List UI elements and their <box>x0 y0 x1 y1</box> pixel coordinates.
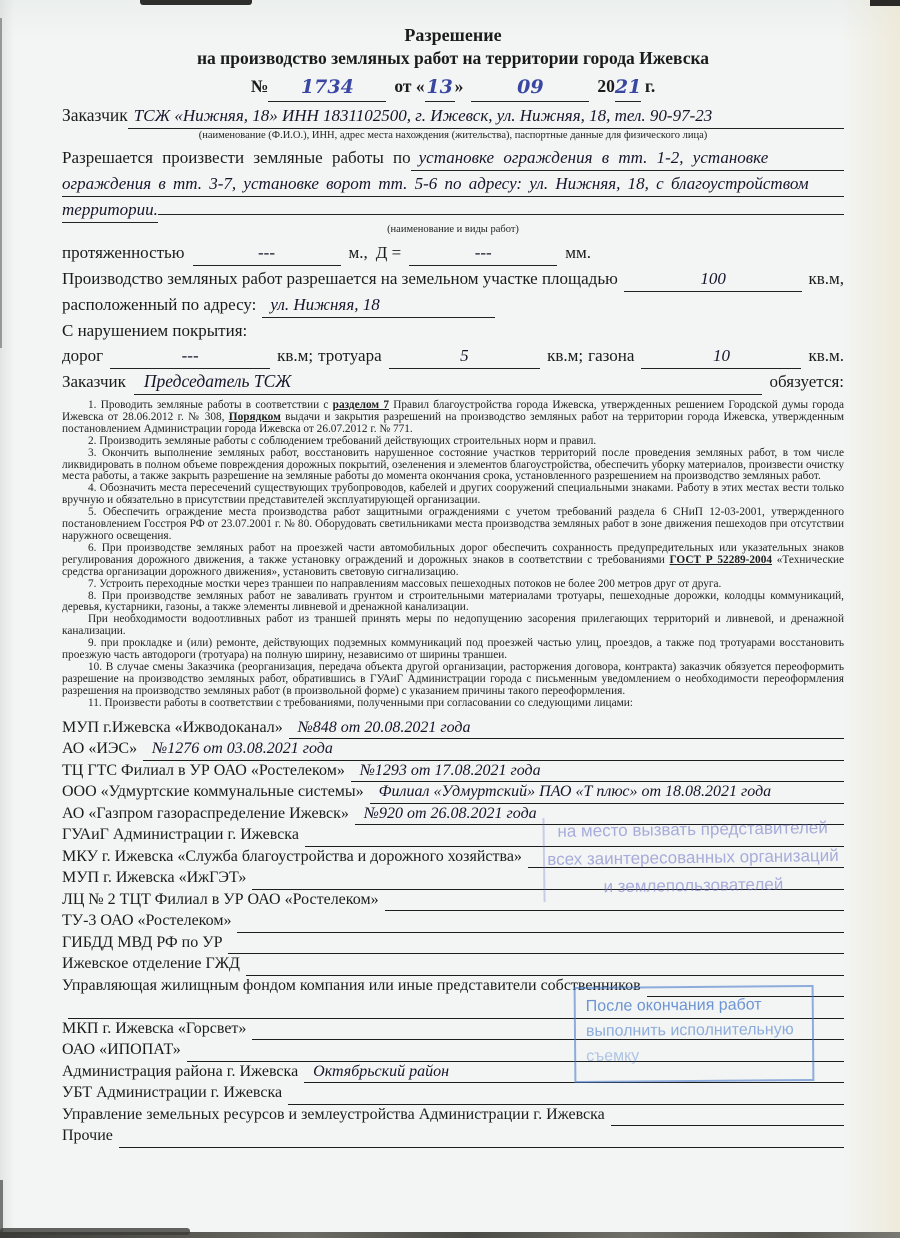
diameter-value: --- <box>409 240 557 266</box>
lawn-unit: кв.м. <box>808 343 844 368</box>
obligation-1: 1. Проводить земляные работы в соответст… <box>62 400 844 436</box>
agreement-value: №1276 от 03.08.2021 года <box>143 740 333 757</box>
agreement-fill-line <box>68 996 844 1019</box>
obligation-2: 2. Производить земляные работы с соблюде… <box>62 436 844 448</box>
agreement-label: МУП г. Ижевска «ИжГЭТ» <box>62 867 249 889</box>
agreement-value <box>611 1106 620 1123</box>
agreement-fill-line <box>252 1018 844 1041</box>
agreement-row: ТУ-3 ОАО «Ростелеком» <box>62 910 844 932</box>
agreement-row: ТЦ ГТС Филиал в УР ОАО «Ростелеком» №129… <box>62 760 844 782</box>
length-unit: м., <box>349 240 368 265</box>
agreement-row: УБТ Администрации г. Ижевска <box>62 1082 844 1104</box>
agreement-row: ЛЦ № 2 ТЦТ Филиал в УР ОАО «Ростелеком» <box>62 889 844 911</box>
agreement-row: АО «Газпром газораспределение Ижевск» №9… <box>62 803 844 825</box>
work-value-line-2: ограждения в тт. 3-7, установке ворот тт… <box>62 171 809 196</box>
scanned-permit-page: Разрешение на производство земляных рабо… <box>0 0 900 1238</box>
obligation-4: 4. Обозначить места пересечений существу… <box>62 483 844 507</box>
agreement-label: АО «ИЭС» <box>62 738 140 760</box>
sidewalk-value: 5 <box>389 343 541 369</box>
date-year-prefix: 20 <box>597 73 615 100</box>
agreement-label: ЛЦ № 2 ТЦТ Филиал в УР ОАО «Ростелеком» <box>62 889 382 911</box>
agreement-row: Администрация района г. Ижевска Октябрьс… <box>62 1061 844 1083</box>
agreement-value <box>385 891 394 908</box>
agreement-value <box>68 998 77 1015</box>
customer-line: Заказчик ТСЖ «Нижняя, 18» ИНН 1831102500… <box>62 103 844 129</box>
date-month-value: 09 <box>471 74 589 102</box>
agreement-fill-line: №848 от 20.08.2021 года <box>289 717 844 740</box>
agreement-value <box>119 1127 128 1144</box>
scan-artifact-left-edge <box>0 18 2 348</box>
date-prefix: от « <box>394 73 424 100</box>
road-unit: кв.м; <box>277 343 313 368</box>
customer-caption: (наименование (Ф.И.О.), ИНН, адрес места… <box>62 129 844 142</box>
road-value: --- <box>110 343 270 369</box>
road-label: дорог <box>62 343 103 368</box>
document-content: Разрешение на производство земляных рабо… <box>62 24 844 1147</box>
agreement-label: Ижевское отделение ГЖД <box>62 953 243 975</box>
agreement-row: МУП г. Ижевска «ИжГЭТ» <box>62 867 844 889</box>
agreement-label: Управляющая жилищным фондом компания или… <box>62 975 644 997</box>
work-lead: Разрешается произвести земляные работы п… <box>62 145 411 170</box>
area-line: Производство земляных работ разрешается … <box>62 266 844 292</box>
diameter-label: Д = <box>376 240 401 265</box>
agreement-fill-line <box>246 953 844 976</box>
work-description-line-2: ограждения в тт. 3-7, установке ворот тт… <box>62 171 844 197</box>
address-label: расположенный по адресу: <box>62 292 256 317</box>
agreement-value <box>647 977 656 994</box>
agreement-row: Управление земельных ресурсов и землеуст… <box>62 1104 844 1126</box>
agreement-row: Ижевское отделение ГЖД <box>62 953 844 975</box>
work-value-line-1: установке ограждения в тт. 1-2, установк… <box>411 145 844 171</box>
agreement-fill-line <box>119 1125 844 1148</box>
agreement-fill-line <box>237 910 844 933</box>
agreement-label: ГУАиГ Администрации г. Ижевска <box>62 824 302 846</box>
agreement-row: МКП г. Ижевска «Горсвет» <box>62 1018 844 1040</box>
permit-number-value: 1734 <box>268 74 386 102</box>
address-value: ул. Нижняя, 18 <box>262 292 495 318</box>
agreement-row: ГИБДД МВД РФ по УР <box>62 932 844 954</box>
agreement-label: МУП г.Ижевска «Ижводоканал» <box>62 717 286 739</box>
obliges-suffix: обязуется: <box>770 369 844 394</box>
document-title: Разрешение <box>62 24 844 46</box>
obligation-3: 3. Окончить выполнение земляных работ, в… <box>62 448 844 484</box>
agreement-row <box>62 996 844 1018</box>
number-and-date-line: № 1734 от « 13 » 09 20 21 г. <box>62 73 844 101</box>
agreement-fill-line <box>647 975 844 998</box>
area-label: Производство земляных работ разрешается … <box>62 266 618 291</box>
agreement-value <box>252 1020 261 1037</box>
agreement-fill-line <box>611 1104 844 1127</box>
agreement-label: ОАО «ИПОПАТ» <box>62 1039 184 1061</box>
agreement-value <box>228 934 237 951</box>
obliges-value: Председатель ТСЖ <box>134 369 762 395</box>
surface-heading: С нарушением покрытия: <box>62 318 844 343</box>
customer-label: Заказчик <box>62 103 128 128</box>
date-year-value: 21 <box>615 74 641 102</box>
agreement-value: Октябрьский район <box>304 1063 449 1080</box>
agreement-row: МУП г.Ижевска «Ижводоканал» №848 от 20.0… <box>62 717 844 739</box>
agreement-row: АО «ИЭС» №1276 от 03.08.2021 года <box>62 738 844 760</box>
agreement-value <box>246 955 255 972</box>
obligation-10: 10. В случае смены Заказчика (реорганиза… <box>62 662 844 698</box>
date-suffix: г. <box>645 73 655 100</box>
lawn-label: газона <box>588 343 634 368</box>
obligation-8-extra: При необходимости водоотливных работ из … <box>62 614 844 638</box>
area-value: 100 <box>624 266 803 292</box>
agreement-value: №848 от 20.08.2021 года <box>289 719 471 736</box>
sidewalk-label: тротуара <box>318 343 381 368</box>
agreement-value <box>187 1041 196 1058</box>
agreement-fill-line: №920 от 26.08.2021 года <box>355 803 844 826</box>
agreement-label: ГИБДД МВД РФ по УР <box>62 932 225 954</box>
surface-line: дорог --- кв.м; тротуара 5 кв.м; газона … <box>62 343 844 369</box>
agreement-fill-line <box>288 1082 844 1105</box>
agreement-fill-line: №1293 от 17.08.2021 года <box>351 760 844 783</box>
agreement-fill-line <box>528 846 844 869</box>
agreement-label: ТУ-3 ОАО «Ростелеком» <box>62 910 234 932</box>
agreement-value: Филиал «Удмуртский» ПАО «Т плюс» от 18.0… <box>370 783 772 800</box>
agreement-label: Управление земельных ресурсов и землеуст… <box>62 1104 608 1126</box>
agreement-row: Управляющая жилищным фондом компания или… <box>62 975 844 997</box>
length-diameter-line: протяженностью --- м., Д = --- мм. <box>62 240 844 266</box>
obligation-9: 9. при прокладке и (или) ремонте, действ… <box>62 638 844 662</box>
agreement-fill-line <box>187 1039 844 1062</box>
agreement-value <box>528 848 537 865</box>
agreement-value <box>288 1084 297 1101</box>
obligation-6: 6. При производстве земляных работ на пр… <box>62 543 844 579</box>
length-label: протяженностью <box>62 240 185 265</box>
obligation-7: 7. Устроить переходные мостки через тран… <box>62 579 844 591</box>
obligation-8: 8. При производстве земляных работ не за… <box>62 591 844 615</box>
agreement-row: Прочие <box>62 1125 844 1147</box>
agreement-fill-line <box>385 889 844 912</box>
agreement-label: ТЦ ГТС Филиал в УР ОАО «Ростелеком» <box>62 760 348 782</box>
agreement-value: №920 от 26.08.2021 года <box>355 805 537 822</box>
number-label: № <box>251 73 269 100</box>
diameter-unit: мм. <box>565 240 591 265</box>
agreement-label: АО «Газпром газораспределение Ижевск» <box>62 803 352 825</box>
scan-artifact-top-left <box>140 0 252 5</box>
agreement-row: ОАО «ИПОПАТ» <box>62 1039 844 1061</box>
work-description-line-3: территории. <box>62 197 844 223</box>
agreement-fill-line <box>305 824 844 847</box>
customer-value: ТСЖ «Нижняя, 18» ИНН 1831102500, г. Ижев… <box>128 103 844 129</box>
agreement-label: МКП г. Ижевска «Горсвет» <box>62 1018 249 1040</box>
agreement-fill-line: Октябрьский район <box>304 1061 844 1084</box>
date-close-quote: » <box>455 73 464 100</box>
work-caption: (наименование и виды работ) <box>62 223 844 236</box>
agreement-value: №1293 от 17.08.2021 года <box>351 762 541 779</box>
lawn-value: 10 <box>641 343 801 369</box>
agreement-label: Администрация района г. Ижевска <box>62 1061 301 1083</box>
work-value-line-3: территории. <box>62 197 158 223</box>
obligation-11: 11. Произвести работы в соответствии с т… <box>62 698 844 710</box>
agreement-fill-line <box>228 932 844 955</box>
agreement-fill-line <box>252 867 844 890</box>
agreement-row: ООО «Удмуртские коммунальные системы» Фи… <box>62 781 844 803</box>
area-unit: кв.м, <box>808 266 844 291</box>
address-line: расположенный по адресу: ул. Нижняя, 18 <box>62 292 844 318</box>
agreement-value <box>237 912 246 929</box>
obligations-list: 1. Проводить земляные работы в соответст… <box>62 400 844 710</box>
date-day-value: 13 <box>425 74 455 102</box>
obligation-5: 5. Обеспечить ограждение места производс… <box>62 507 844 543</box>
agreement-label: МКУ г. Ижевска «Служба благоустройства и… <box>62 846 525 868</box>
agreement-row: ГУАиГ Администрации г. Ижевска <box>62 824 844 846</box>
agreement-fill-line: №1276 от 03.08.2021 года <box>143 738 844 761</box>
agreement-label: УБТ Администрации г. Ижевска <box>62 1082 285 1104</box>
agreement-row: МКУ г. Ижевска «Служба благоустройства и… <box>62 846 844 868</box>
length-value: --- <box>193 240 341 266</box>
obliges-line: Заказчик Председатель ТСЖ обязуется: <box>62 369 844 395</box>
agreements-list: МУП г.Ижевска «Ижводоканал» №848 от 20.0… <box>62 717 844 1147</box>
agreement-value <box>252 869 261 886</box>
agreement-label: ООО «Удмуртские коммунальные системы» <box>62 781 367 803</box>
scan-artifact-top-right <box>870 0 900 6</box>
document-subtitle: на производство земляных работ на террит… <box>62 46 844 70</box>
agreement-fill-line: Филиал «Удмуртский» ПАО «Т плюс» от 18.0… <box>370 781 844 804</box>
scan-artifact-bottom-smudge <box>0 1228 190 1235</box>
agreement-value <box>305 826 314 843</box>
sidewalk-unit: кв.м; <box>547 343 583 368</box>
work-description-line-1: Разрешается произвести земляные работы п… <box>62 145 844 171</box>
obliges-label: Заказчик <box>62 369 126 394</box>
agreement-label: Прочие <box>62 1125 116 1147</box>
